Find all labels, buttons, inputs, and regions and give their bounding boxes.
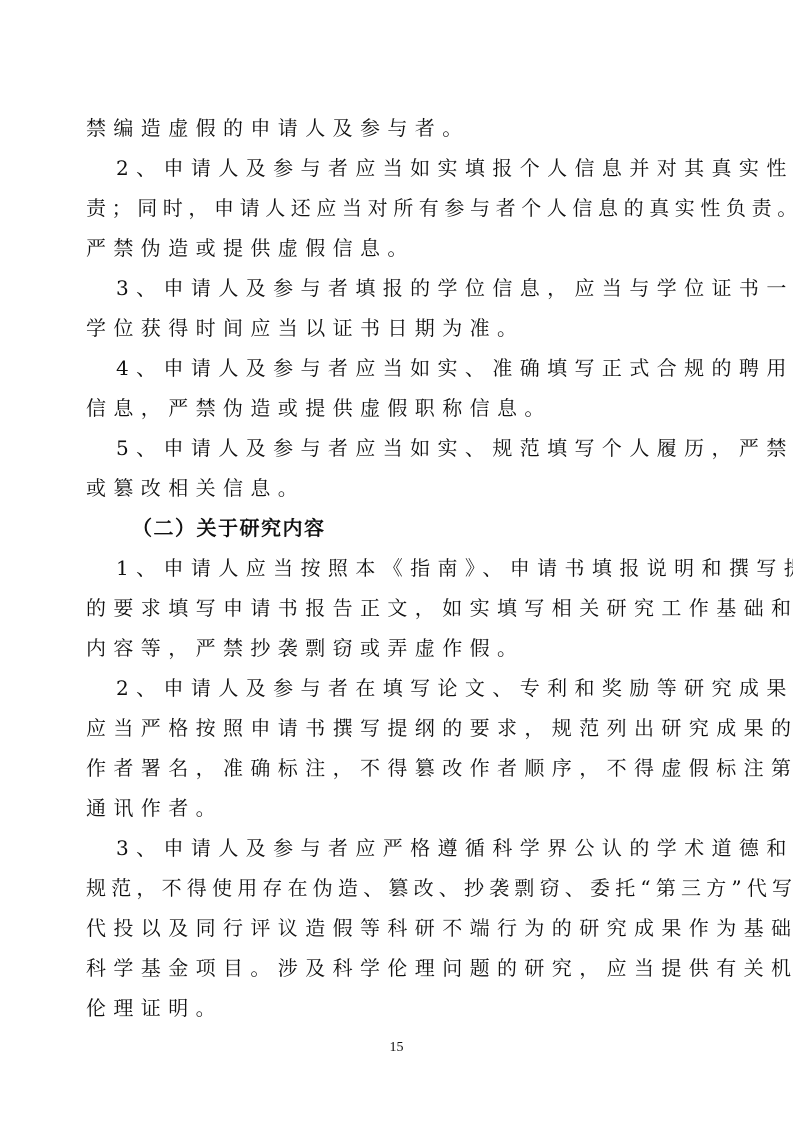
paragraph-line: 科学基金项目。涉及科学伦理问题的研究，应当提供有关机构的: [86, 948, 696, 988]
paragraph-line-item-2-start: 2、申请人及参与者在填写论文、专利和奖励等研究成果时，: [86, 668, 696, 708]
paragraph-line: 应当严格按照申请书撰写提纲的要求，规范列出研究成果的所有: [86, 708, 696, 748]
paragraph-line: 规范，不得使用存在伪造、篡改、抄袭剽窃、委托“第三方”代写或: [86, 868, 696, 908]
paragraph-line: 信息，严禁伪造或提供虚假职称信息。: [86, 388, 696, 428]
paragraph-line-item-4-start: 4、申请人及参与者应当如实、准确填写正式合规的聘用职称: [86, 348, 696, 388]
paragraph-line: 学位获得时间应当以证书日期为准。: [86, 308, 696, 348]
paragraph-line: 禁编造虚假的申请人及参与者。: [86, 108, 696, 148]
section-heading: （二）关于研究内容: [86, 508, 696, 548]
paragraph-line-item-3-start: 3、申请人及参与者填报的学位信息，应当与学位证书一致；: [86, 268, 696, 308]
paragraph-line-item-3-start: 3、申请人及参与者应严格遵循科学界公认的学术道德和行为: [86, 828, 696, 868]
document-body: 禁编造虚假的申请人及参与者。 2、申请人及参与者应当如实填报个人信息并对其真实性…: [86, 108, 696, 1028]
paragraph-line: 代投以及同行评议造假等科研不端行为的研究成果作为基础申请: [86, 908, 696, 948]
paragraph-line-item-2-start: 2、申请人及参与者应当如实填报个人信息并对其真实性负: [86, 148, 696, 188]
page-number: 15: [0, 1040, 793, 1056]
paragraph-line-item-1-start: 1、申请人应当按照本《指南》、申请书填报说明和撰写提纲: [86, 548, 696, 588]
paragraph-line-item-5-start: 5、申请人及参与者应当如实、规范填写个人履历，严禁伪造: [86, 428, 696, 468]
paragraph-line: 作者署名，准确标注，不得篡改作者顺序，不得虚假标注第一或: [86, 748, 696, 788]
paragraph-line: 通讯作者。: [86, 788, 696, 828]
paragraph-line: 伦理证明。: [86, 988, 696, 1028]
paragraph-line: 严禁伪造或提供虚假信息。: [86, 228, 696, 268]
paragraph-line: 责；同时，申请人还应当对所有参与者个人信息的真实性负责。: [86, 188, 696, 228]
paragraph-line: 的要求填写申请书报告正文，如实填写相关研究工作基础和研究: [86, 588, 696, 628]
paragraph-line: 内容等，严禁抄袭剽窃或弄虚作假。: [86, 628, 696, 668]
paragraph-line: 或篡改相关信息。: [86, 468, 696, 508]
